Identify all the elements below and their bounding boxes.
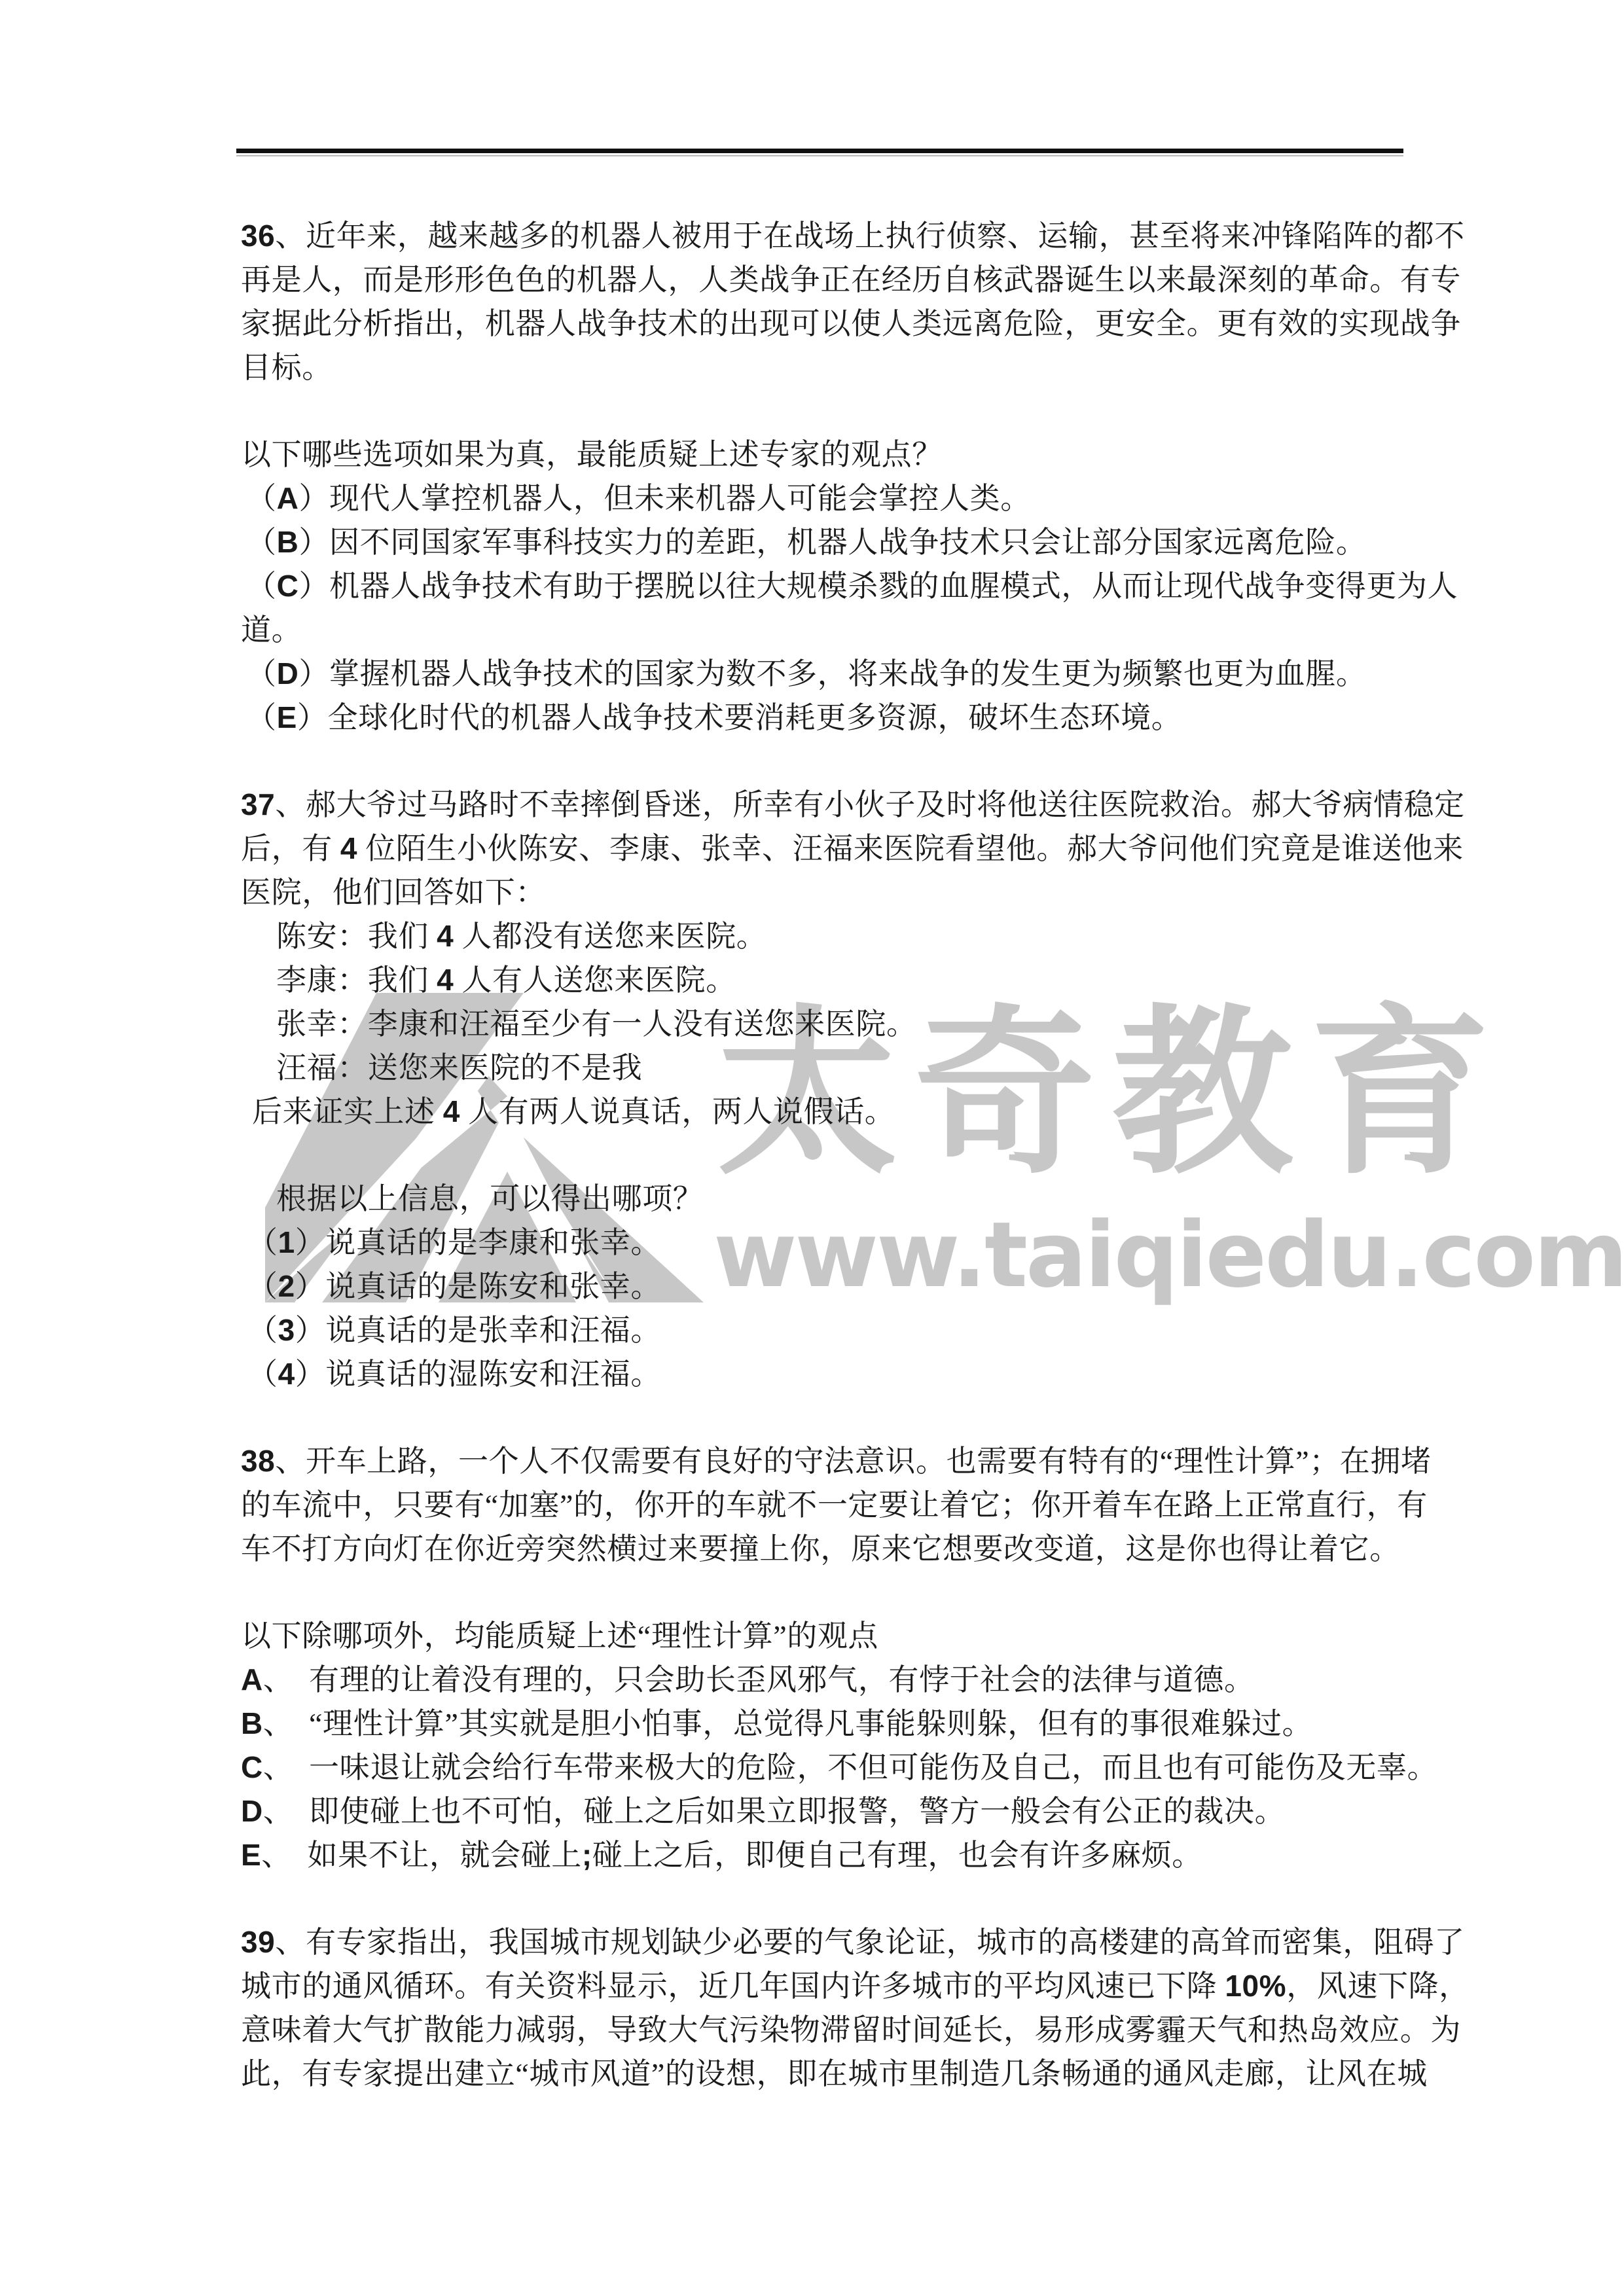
text-line: 的车流中，只要有“加塞”的，你开的车就不一定要让着它；你开着车在路上正常直行，有 bbox=[241, 1483, 1403, 1527]
header-rule-shadow bbox=[236, 155, 1403, 156]
text-line: （A）现代人掌控机器人，但未来机器人可能会掌控人类。 bbox=[241, 476, 1403, 520]
text-line: 后来证实上述 4 人有两人说真话，两人说假话。 bbox=[241, 1090, 1403, 1134]
text-line: C、 一味退让就会给行车带来极大的危险，不但可能伤及自己，而且也有可能伤及无辜。 bbox=[241, 1746, 1403, 1789]
text-line: 意味着大气扩散能力减弱，导致大气污染物滞留时间延长，易形成雾霾天气和热岛效应。为 bbox=[241, 2008, 1403, 2052]
text-line: B、 “理性计算”其实就是胆小怕事，总觉得凡事能躲则躲，但有的事很难躲过。 bbox=[241, 1702, 1403, 1746]
text-line: （3）说真话的是张幸和汪福。 bbox=[241, 1308, 1403, 1352]
text-line: 张幸：李康和汪福至少有一人没有送您来医院。 bbox=[241, 1002, 1403, 1046]
text-line: D、 即使碰上也不可怕，碰上之后如果立即报警，警方一般会有公正的裁决。 bbox=[241, 1789, 1403, 1833]
text-line: 李康：我们 4 人有人送您来医院。 bbox=[241, 958, 1403, 1002]
text-line: 再是人，而是形形色色的机器人，人类战争正在经历自核武器诞生以来最深刻的革命。有专 bbox=[241, 258, 1403, 302]
text-line: （4）说真话的湿陈安和汪福。 bbox=[241, 1352, 1403, 1396]
text-line: 39、有专家指出，我国城市规划缺少必要的气象论证，城市的高楼建的高耸而密集，阻碍… bbox=[241, 1920, 1403, 1964]
document-page: 太奇教育 www.taiqiedu.com 36、近年来，越来越多的机器人被用于… bbox=[0, 0, 1624, 2296]
text-line: 38、开车上路，一个人不仅需要有良好的守法意识。也需要有特有的“理性计算”；在拥… bbox=[241, 1439, 1403, 1483]
text-line: E、 如果不让，就会碰上;碰上之后，即便自己有理，也会有许多麻烦。 bbox=[241, 1833, 1403, 1877]
text-line: （E）全球化时代的机器人战争技术要消耗更多资源，破坏生态环境。 bbox=[241, 696, 1403, 740]
text-line: （2）说真话的是陈安和张幸。 bbox=[241, 1265, 1403, 1308]
text-line: 车不打方向灯在你近旁突然横过来要撞上你，原来它想要改变道，这是你也得让着它。 bbox=[241, 1527, 1403, 1571]
text-line: 37、郝大爷过马路时不幸摔倒昏迷，所幸有小伙子及时将他送往医院救治。郝大爷病情稳… bbox=[241, 783, 1403, 827]
text-line: 目标。 bbox=[241, 346, 1403, 389]
text-line: 陈安：我们 4 人都没有送您来医院。 bbox=[241, 914, 1403, 958]
text-line: 以下哪些选项如果为真，最能质疑上述专家的观点？ bbox=[241, 433, 1403, 476]
text-line: 以下除哪项外，均能质疑上述“理性计算”的观点 bbox=[241, 1614, 1403, 1658]
text-line: 根据以上信息，可以得出哪项？ bbox=[241, 1177, 1403, 1221]
text-line: （D）掌握机器人战争技术的国家为数不多，将来战争的发生更为频繁也更为血腥。 bbox=[241, 652, 1403, 696]
header-rule bbox=[236, 149, 1403, 153]
text-line: A、 有理的让着没有理的，只会助长歪风邪气，有悖于社会的法律与道德。 bbox=[241, 1658, 1403, 1702]
text-line: （C）机器人战争技术有助于摆脱以往大规模杀戮的血腥模式，从而让现代战争变得更为人 bbox=[241, 564, 1403, 608]
text-line: 医院，他们回答如下： bbox=[241, 870, 1403, 914]
text-line: 36、近年来，越来越多的机器人被用于在战场上执行侦察、运输，甚至将来冲锋陷阵的都… bbox=[241, 214, 1403, 258]
text-line: （B）因不同国家军事科技实力的差距，机器人战争技术只会让部分国家远离危险。 bbox=[241, 520, 1403, 564]
text-line: 汪福：送您来医院的不是我 bbox=[241, 1046, 1403, 1090]
text-line: （1）说真话的是李康和张幸。 bbox=[241, 1221, 1403, 1265]
text-line: 此，有专家提出建立“城市风道”的设想，即在城市里制造几条畅通的通风走廊，让风在城 bbox=[241, 2052, 1403, 2096]
text-block: 36、近年来，越来越多的机器人被用于在战场上执行侦察、运输，甚至将来冲锋陷阵的都… bbox=[241, 214, 1403, 2096]
text-line: 城市的通风循环。有关资料显示，近几年国内许多城市的平均风速已下降 10%，风速下… bbox=[241, 1964, 1403, 2008]
text-line: 家据此分析指出，机器人战争技术的出现可以使人类远离危险，更安全。更有效的实现战争 bbox=[241, 302, 1403, 346]
text-line: 道。 bbox=[241, 608, 1403, 652]
text-line: 后，有 4 位陌生小伙陈安、李康、张幸、汪福来医院看望他。郝大爷问他们究竟是谁送… bbox=[241, 827, 1403, 870]
